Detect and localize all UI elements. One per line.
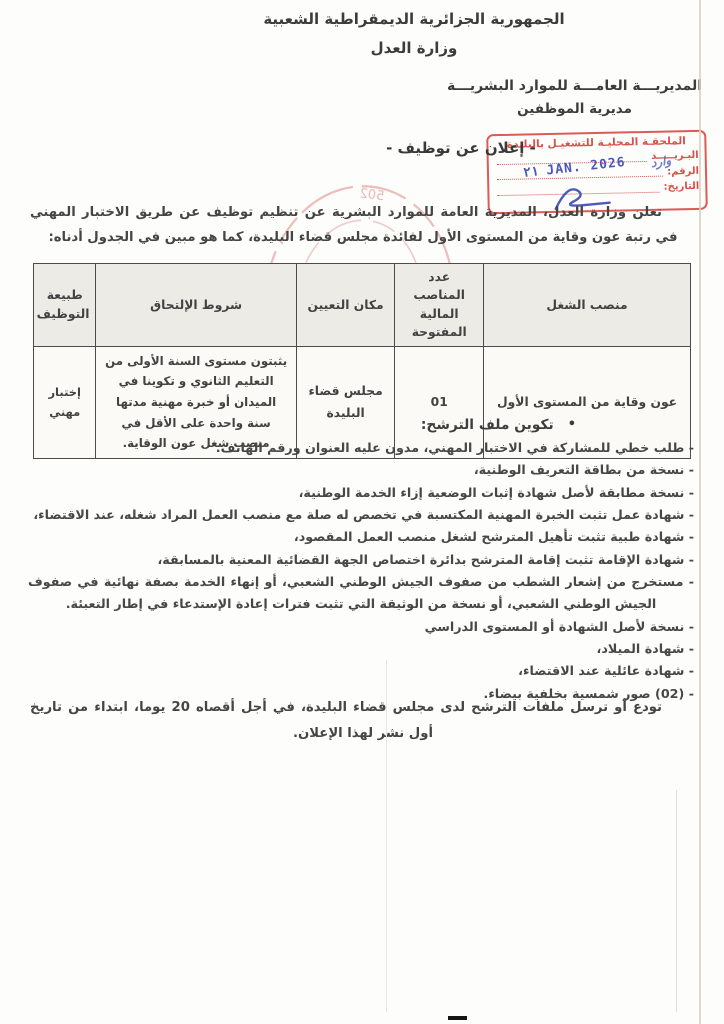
dossier-section: •تكوين ملف الترشح: - طلب خطي للمشاركة في… [28, 417, 694, 705]
bullet-icon: • [568, 417, 576, 432]
list-item: - شهادة عمل تثبت الخبرة المهنية المكتسبة… [28, 504, 694, 526]
scan-fold-line [676, 790, 677, 1012]
header-requirements: شروط الإلتحاق [96, 264, 296, 347]
dossier-list: - طلب خطي للمشاركة في الاختبار المهني، م… [28, 437, 694, 705]
closing-paragraph: تودع أو ترسل ملفات الترشح لدى مجلس قضاء … [30, 695, 696, 746]
scan-edge-line [699, 0, 701, 1024]
intro-paragraph: تعلن وزارة العدل، المديرية العامة للموار… [30, 200, 696, 251]
national-header: الجمهورية الجزائرية الديمقراطية الشعبية … [0, 10, 724, 57]
list-item: - نسخة مطابقة لأصل شهادة إثبات الوضعية إ… [28, 482, 694, 504]
header-assignment-place: مكان التعيين [296, 264, 395, 347]
scanned-document-page: الجمهورية الجزائرية الديمقراطية الشعبية … [0, 0, 724, 1024]
list-item: - شهادة الميلاد، [28, 638, 694, 660]
dossier-heading-label: تكوين ملف الترشح: [421, 417, 554, 433]
number-label: الرقم: [667, 165, 699, 178]
announcement-title-wrap: - إعلان عن توظيف - [0, 138, 724, 157]
directorate-header: المديريـــة العامـــة للموارد البشريـــة… [447, 78, 702, 117]
header-position: منصب الشغل [484, 264, 691, 347]
date-label: التاريخ: [663, 181, 699, 194]
scan-bottom-mark [448, 1016, 467, 1020]
header-open-posts: عدد المناصب المالية المفتوحة [395, 264, 484, 347]
list-item: - شهادة عائلية عند الاقتضاء، [28, 660, 694, 682]
general-directorate: المديريـــة العامـــة للموارد البشريـــة [447, 78, 702, 94]
ministry-title: وزارة العدل [263, 39, 564, 57]
header-recruitment-type: طبيعة التوظيف [34, 264, 96, 347]
list-item: - نسخة لأصل الشهادة أو المستوى الدراسي [28, 616, 694, 638]
list-item: - مستخرج من إشعار الشطب من صفوف الجيش ال… [28, 571, 694, 616]
list-item: - نسخة من بطاقة التعريف الوطنية، [28, 459, 694, 481]
scan-fold-line [386, 660, 387, 1012]
list-item: - شهادة طبية تثبت تأهيل المترشح لشغل منص… [28, 526, 694, 548]
dossier-heading: •تكوين ملف الترشح: [28, 417, 694, 433]
list-item: - شهادة الإقامة تثبت إقامة المترشح بدائر… [28, 549, 694, 571]
table-header-row: منصب الشغل عدد المناصب المالية المفتوحة … [34, 264, 691, 347]
republic-title: الجمهورية الجزائرية الديمقراطية الشعبية [263, 10, 564, 28]
announcement-title: - إعلان عن توظيف - [386, 139, 536, 157]
personnel-directorate: مديرية الموظفين [447, 101, 702, 117]
list-item: - طلب خطي للمشاركة في الاختبار المهني، م… [28, 437, 694, 459]
